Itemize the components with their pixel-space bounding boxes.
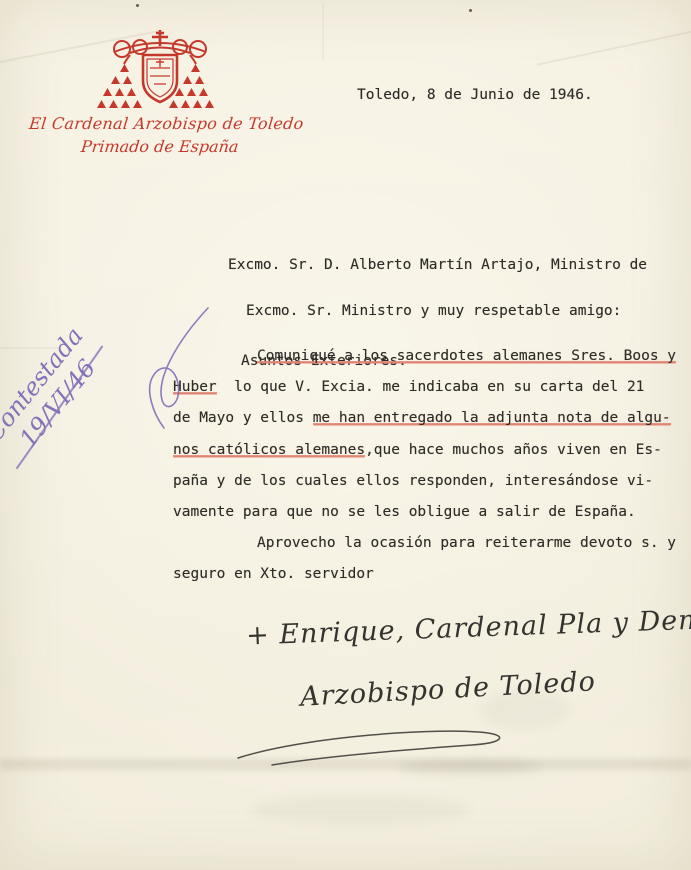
body-line: Huber lo que V. Excia. me indicaba en su… [173,372,676,403]
paper-speck [136,4,139,7]
body-line: seguro en Xto. servidor [173,559,676,590]
signature-name: + Enrique, Cardenal Pla y Deniel [246,604,691,652]
letter-body: Comuniqué a los sacerdotes alemanes Sres… [173,341,676,591]
scanned-letter-page: El Cardenal Arzobispo de Toledo Primado … [0,0,691,870]
paper-crease [537,28,691,65]
cardinal-coat-of-arms-icon [94,28,226,120]
body-line: Comuniqué a los sacerdotes alemanes Sres… [173,341,676,372]
paper-smudge [250,795,470,825]
letterhead-subtitle: Primado de España [26,137,294,156]
salutation: Excmo. Sr. Ministro y muy respetable ami… [246,303,621,319]
paper-speck [469,9,472,12]
dateline: Toledo, 8 de Junio de 1946. [357,87,593,103]
red-underlined-text: Comuniqué a los sacerdotes alemanes Sres… [257,348,676,364]
body-line: paña y de los cuales ellos responden, in… [173,466,676,497]
body-line: de Mayo y ellos me han entregado la adju… [173,403,676,434]
body-line: nos católicos alemanes,que hace muchos a… [173,435,676,466]
signature-flourish [236,724,521,770]
letterhead-title: El Cardenal Arzobispo de Toledo [28,114,296,133]
body-line: Aprovecho la ocasión para reiterarme dev… [173,528,676,559]
addressee-line-1: Excmo. Sr. D. Alberto Martín Artajo, Min… [228,249,647,281]
annotation-flourish [138,300,218,450]
crest-tassels-left [97,64,142,108]
letterhead: El Cardenal Arzobispo de Toledo Primado … [26,114,296,156]
red-underlined-text: me han entregado la adjunta nota de algu… [313,410,671,426]
body-line: vamente para que no se les obligue a sal… [173,497,676,528]
paper-crease [322,2,324,60]
